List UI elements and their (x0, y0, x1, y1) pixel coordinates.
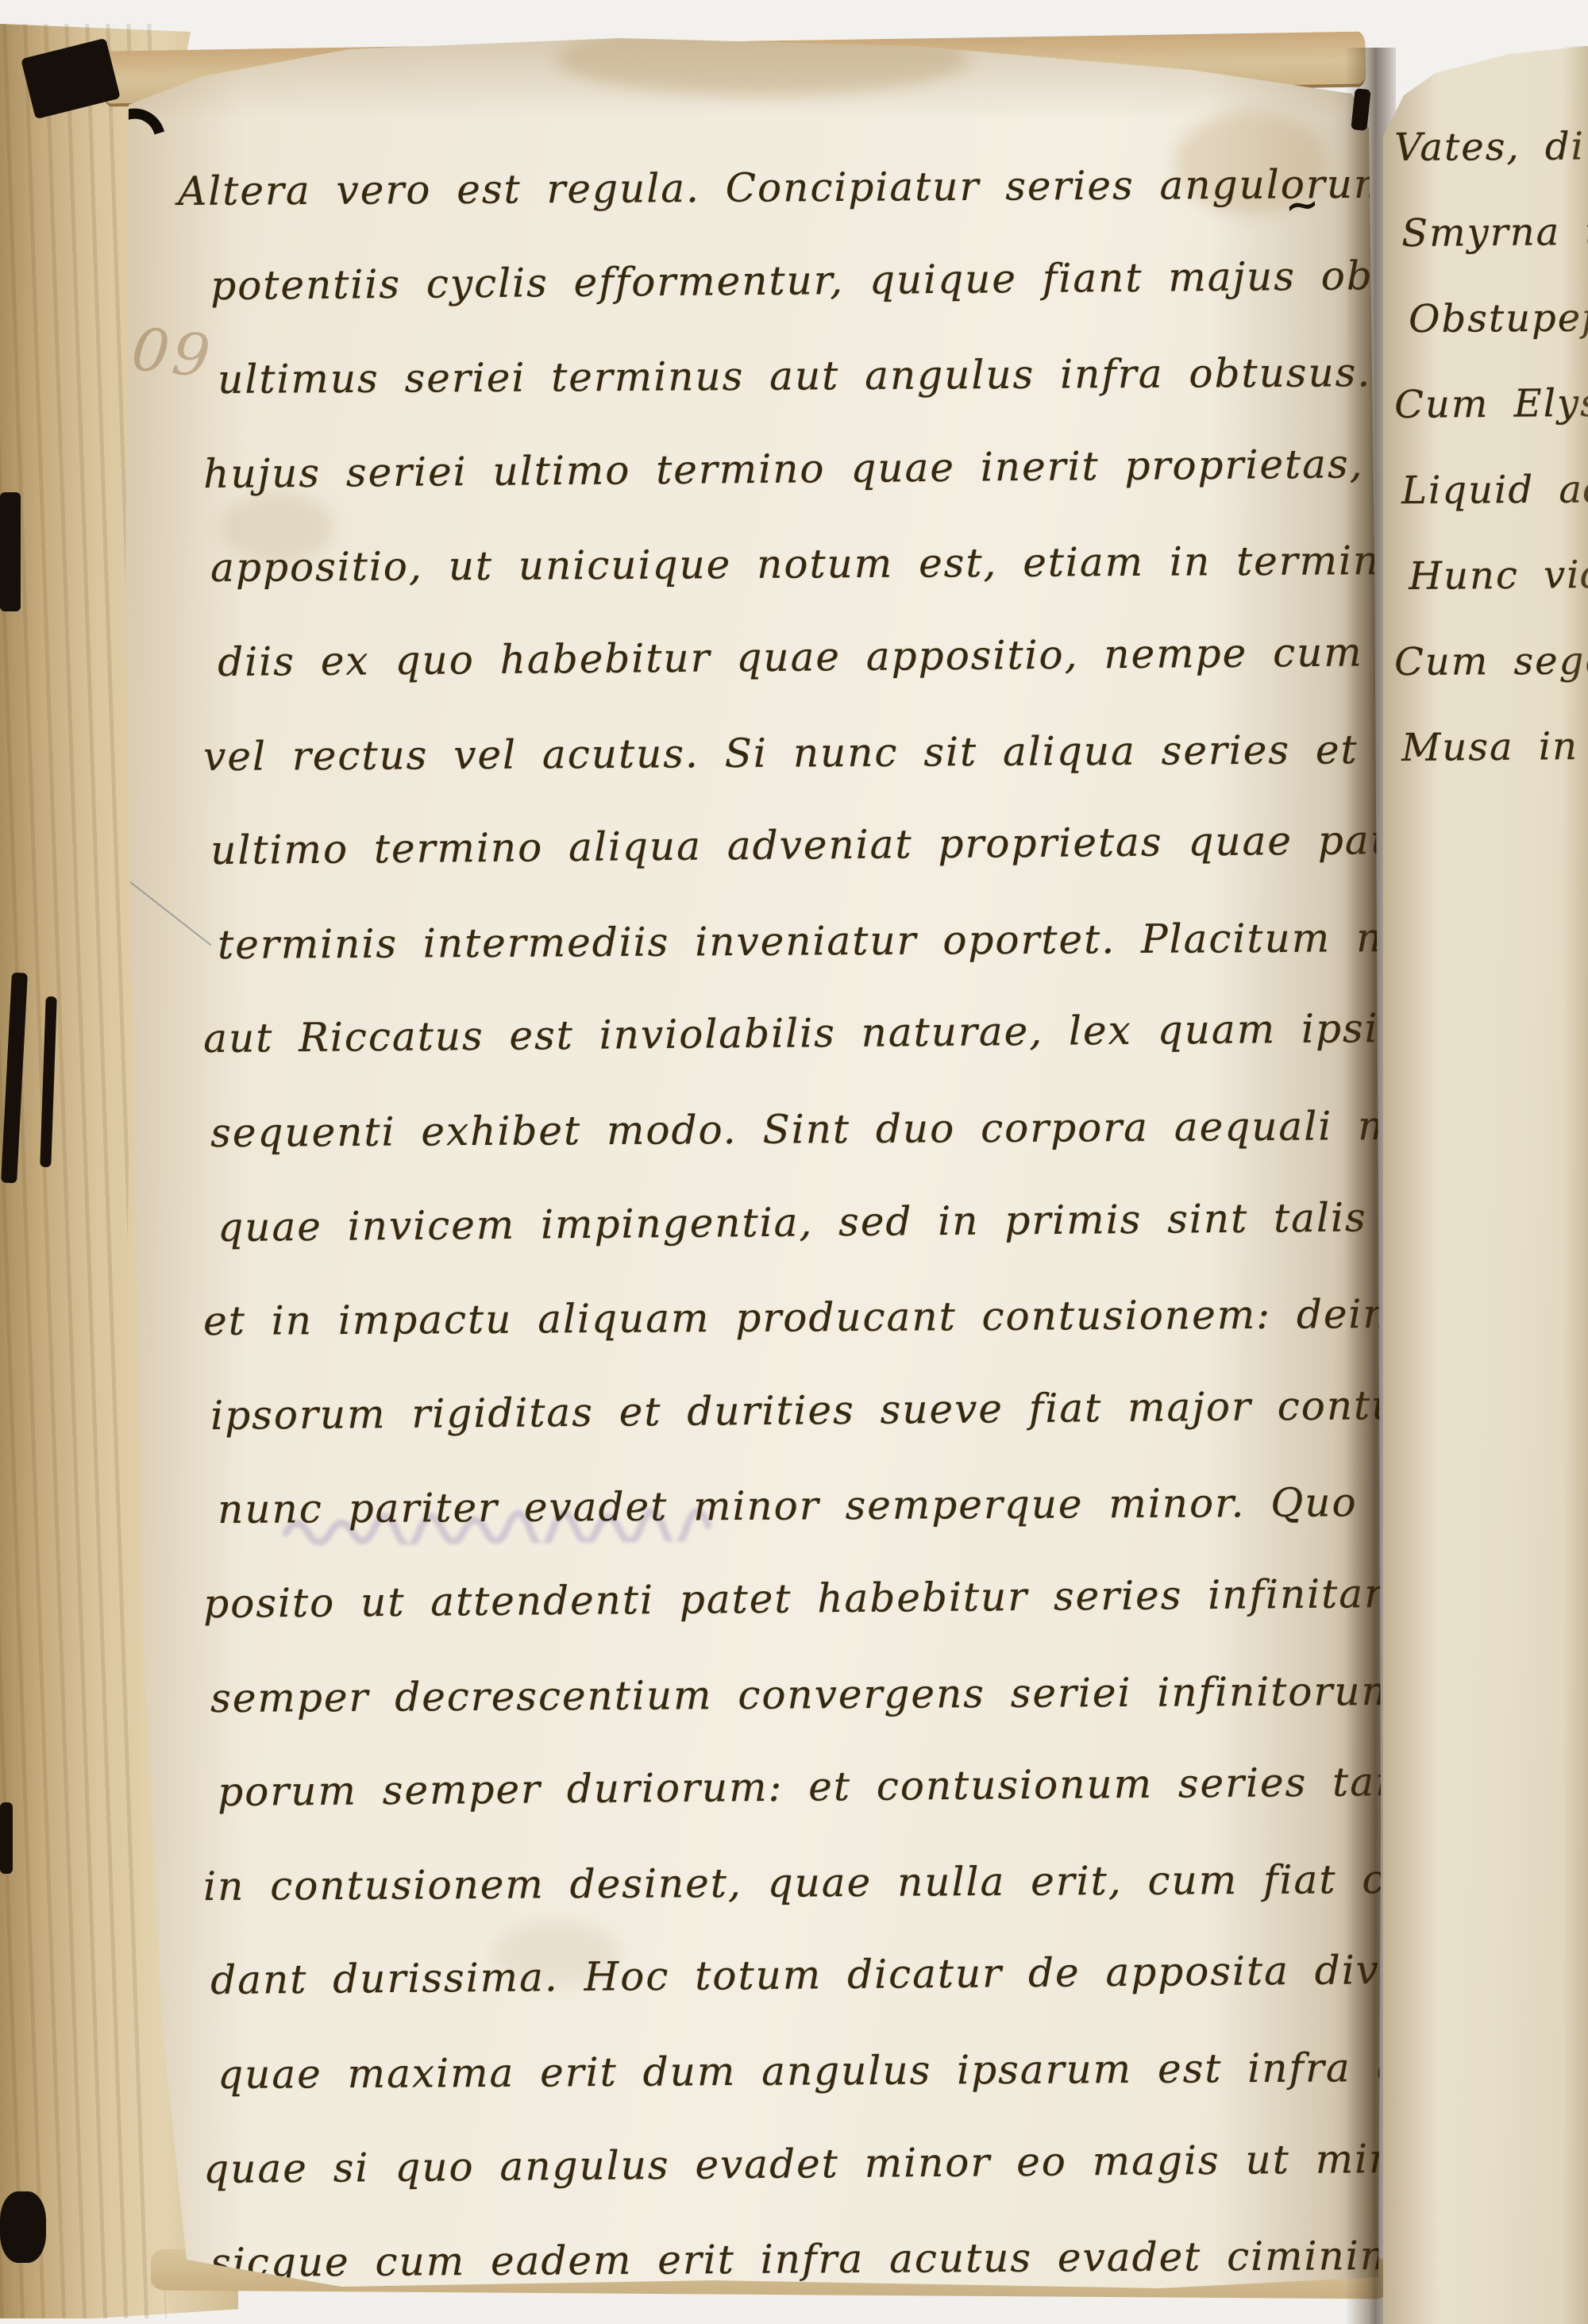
folio-number: 09 (129, 315, 217, 391)
binding-shadow (0, 2191, 46, 2263)
facing-handwritten-line: Liquid ad (1401, 467, 1588, 513)
facing-handwritten-line: Smyrna te (1401, 210, 1588, 256)
paper-stain (556, 24, 969, 95)
facing-handwritten-line: Vates, di (1394, 125, 1585, 170)
facing-handwritten-line: Musa in (1401, 724, 1578, 770)
facing-handwritten-line: Cum Elys (1394, 381, 1588, 427)
handwritten-line: nunc pariter evadet minor semperque mino… (218, 1480, 1358, 1533)
binding-shadow (0, 1802, 13, 1874)
handwritten-line: vel rectus vel acutus. Si nunc sit aliqu… (203, 725, 1518, 779)
binding-shadow (0, 492, 21, 611)
facing-handwritten-line: Cum seges (1394, 638, 1588, 684)
manuscript-photo: { "document": { "kind_label": "Handwritt… (0, 0, 1588, 2324)
facing-handwritten-line: Hunc vid (1409, 553, 1588, 599)
facing-handwritten-line: Obstupefact (1409, 295, 1588, 341)
handwritten-line: et in impactu aliquam producant contusio… (203, 1291, 1442, 1345)
handwritten-line: sequenti exhibet modo. Sint duo corpora … (210, 1102, 1467, 1156)
facing-page-edge-band (1563, 46, 1588, 2324)
handwritten-line: sicque cum eadem erit infra acutus evade… (210, 2233, 1439, 2286)
facing-page-fold-shadow (1383, 0, 1439, 2324)
handwritten-line: semper decrescentium convergens seriei i… (210, 1667, 1511, 1721)
